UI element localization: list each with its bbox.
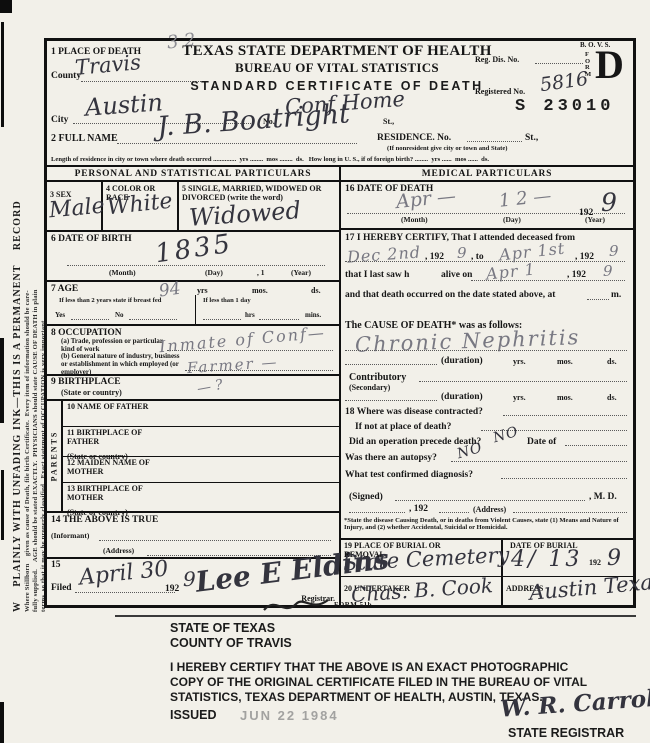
date-of-label: Date of: [527, 437, 556, 447]
blank-line: [81, 81, 201, 82]
full-name-label: 2 FULL NAME: [51, 133, 118, 144]
certificate-stamp-number: S 23010: [515, 97, 614, 116]
md-label: , M. D.: [589, 492, 617, 502]
color-race-field: 4 COLOR OR RACE White: [103, 182, 179, 230]
age-ds-label: ds.: [311, 286, 321, 295]
duration-yrs-label: yrs.: [513, 357, 526, 366]
duration-ds-label: ds.: [607, 393, 617, 402]
last-seen-year-handwriting: 9: [603, 264, 613, 279]
disease-questions-block: 18 Where was disease contracted? If not …: [341, 406, 633, 490]
form-word-vertical: FORM: [585, 52, 593, 78]
scan-edge-artifact: [0, 702, 4, 743]
month-label: (Month): [109, 269, 136, 277]
death-day-label: (Day): [503, 216, 521, 224]
filed-date-handwriting: April 30: [78, 558, 169, 589]
blank-line: [345, 261, 625, 262]
age-yrs-label: yrs: [197, 286, 208, 295]
scan-edge-artifact: [0, 0, 12, 13]
blank-line: [503, 415, 627, 416]
cause-of-death-handwriting: Chronic Nephritis: [355, 327, 581, 356]
blank-line: [129, 319, 177, 320]
title-block: TEXAS STATE DEPARTMENT OF HEALTH BUREAU …: [137, 43, 537, 93]
blank-line: [75, 592, 175, 593]
blank-line: [345, 364, 437, 365]
age-row: 7 AGE 94 yrs mos. ds. If less than 2 yea…: [47, 282, 339, 326]
blank-line: [501, 478, 627, 479]
date-of-death-row: 16 DATE OF DEATH Apr — 1 2 — 192 9 (Mont…: [341, 182, 633, 230]
date-of-burial-handwriting: 4/ 13: [511, 549, 582, 571]
occupation-b-label: (b) General nature of industry, business…: [61, 353, 185, 376]
registered-no-value: 5816: [539, 70, 590, 96]
mother-birthplace-label: 13 BIRTHPLACE OF MOTHER: [67, 484, 167, 502]
blank-line: [439, 512, 469, 513]
autopsy-question: Was there an autopsy?: [345, 453, 437, 463]
sex-color-marital-row: 3 SEX Male 4 COLOR OR RACE White 5 SINGL…: [47, 182, 339, 232]
blank-line: [451, 461, 627, 462]
comma-192: , 192: [567, 270, 586, 280]
city-value: Austin: [84, 90, 163, 119]
no-label: No: [115, 312, 124, 320]
left-margin-instructions: W PLAINLY WITH UNFADING INK—THIS IS A PE…: [12, 34, 47, 612]
scan-edge-artifact: [1, 22, 4, 127]
certify-statement-line: I HEREBY CERTIFY THAT THE ABOVE IS AN EX…: [170, 660, 587, 675]
parents-block: PARENTS 10 NAME OF FATHER 11 BIRTHPLACE …: [47, 401, 339, 513]
form-code: FORM 51b: [334, 602, 372, 610]
duration-mos-label: mos.: [557, 393, 573, 402]
county-of-travis-line: COUNTY OF TRAVIS: [170, 636, 292, 650]
margin-note-line: fully supplied. AGE should be stated EXA…: [32, 34, 39, 612]
contributory-label: Contributory: [349, 372, 406, 383]
issued-date-stamp: JUN 22 1984: [240, 708, 339, 723]
blank-line: [345, 400, 437, 401]
blank-line: [587, 299, 609, 300]
county-value: Travis: [74, 52, 142, 79]
undertaker-row: 20 UNDERTAKER Chas. B. Cook ADDRESS Aust…: [341, 577, 633, 605]
place-of-burial-field: 19 PLACE OF BURIAL OR REMOVAL State Ceme…: [341, 540, 503, 576]
yes-label: Yes: [55, 312, 65, 320]
occupation-row: 8 OCCUPATION (a) Trade, profession or pa…: [47, 326, 339, 376]
blank-line: [471, 280, 625, 281]
residence-label: RESIDENCE. No.: [377, 133, 451, 143]
blank-line: [117, 143, 357, 144]
residence-st-label: St.,: [525, 133, 538, 143]
duration-label: (duration): [441, 356, 483, 366]
where-contracted-question: 18 Where was disease contracted?: [345, 407, 483, 417]
attended-to-year-handwriting: 9: [609, 244, 619, 259]
breast-fed-note: If less than 2 years state if breast fed: [59, 297, 161, 304]
certificate-form: 1 PLACE OF DEATH 3 2 TEXAS STATE DEPARTM…: [44, 38, 636, 608]
contributory-block: Contributory (Secondary) (duration) yrs.…: [341, 370, 633, 406]
father-birthplace-row: 11 BIRTHPLACE OF FATHER (State or countr…: [63, 427, 339, 457]
date-of-burial-field: DATE OF BURIAL 4/ 13 192 9: [503, 540, 633, 576]
parents-vertical-label: PARENTS: [50, 431, 59, 482]
blank-line: [345, 350, 627, 351]
marital-status-field: 5 SINGLE, MARRIED, WIDOWED OR DIVORCED (…: [179, 182, 339, 230]
length-of-residence-note: Length of residence in city or town wher…: [51, 156, 633, 163]
city-label: City: [51, 115, 68, 125]
year-label: (Year): [291, 269, 311, 277]
comma-192: , 192: [409, 504, 428, 514]
blank-line: [347, 213, 625, 214]
blank-line: [99, 540, 331, 541]
state-registrar-title: STATE REGISTRAR: [508, 726, 624, 740]
physician-certify-block: 17 I HEREBY CERTIFY, That I attended dec…: [341, 230, 633, 318]
duration-yrs-label: yrs.: [513, 393, 526, 402]
state-of-texas-line: STATE OF TEXAS: [170, 621, 275, 635]
blank-line: [535, 63, 583, 64]
informant-address-label: (Address): [103, 547, 134, 555]
hrs-label: hrs: [245, 312, 255, 320]
form-body: PERSONAL AND STATISTICAL PARTICULARS 3 S…: [47, 167, 633, 605]
undertaker-address-field: ADDRESS Austin Texas: [503, 577, 633, 605]
attended-from-year-handwriting: 9: [457, 246, 467, 261]
certify-statement-line: COPY OF THE ORIGINAL CERTIFICATE FILED I…: [170, 675, 587, 690]
above-is-true-label: 14 THE ABOVE IS TRUE: [51, 515, 158, 525]
day-label: (Day): [205, 269, 223, 277]
reg-district-label: Reg. Dis. No.: [475, 55, 519, 64]
medical-particulars-column: MEDICAL PARTICULARS 16 DATE OF DEATH Apr…: [341, 167, 633, 605]
m-label: m.: [611, 290, 621, 300]
filed-year-print: 192: [165, 584, 179, 594]
divider-line: [195, 295, 196, 324]
marital-status-value-handwriting: Widowed: [188, 198, 301, 230]
street-suffix-label: St.,: [383, 117, 394, 126]
personal-particulars-column: PERSONAL AND STATISTICAL PARTICULARS 3 S…: [47, 167, 341, 605]
father-name-label: 10 NAME OF FATHER: [67, 402, 157, 411]
divider-line: [115, 615, 636, 617]
burial-block: 19 PLACE OF BURIAL OR REMOVAL State Ceme…: [341, 540, 633, 605]
blank-line: [513, 512, 627, 513]
test-confirmed-question: What test confirmed diagnosis?: [345, 470, 473, 480]
footnote-text: *State the disease Causing Death, or in …: [344, 517, 630, 532]
alive-on-label: alive on: [441, 270, 472, 280]
sex-field: 3 SEX Male: [47, 182, 103, 230]
mother-maiden-name-label: 12 MAIDEN NAME OF MOTHER: [67, 458, 167, 476]
sex-value-handwriting: Male: [48, 196, 105, 223]
blank-line: [419, 381, 627, 382]
informant-row: 14 THE ABOVE IS TRUE (Informant) (Addres…: [47, 513, 339, 559]
burial-row: 19 PLACE OF BURIAL OR REMOVAL State Ceme…: [341, 540, 633, 577]
undertaker-address-handwriting: Austin Texas: [528, 571, 650, 604]
parents-rows: 10 NAME OF FATHER 11 BIRTHPLACE OF FATHE…: [63, 401, 339, 511]
blank-line: [467, 141, 522, 142]
duration-label: (duration): [441, 392, 483, 402]
cause-footnote: *State the disease Causing Death, or in …: [341, 516, 633, 540]
age-label: 7 AGE: [51, 284, 78, 294]
blank-line: [71, 319, 109, 320]
item-15-label: 15: [51, 560, 61, 570]
death-month-handwriting: Apr —: [395, 187, 457, 212]
personal-section-title: PERSONAL AND STATISTICAL PARTICULARS: [47, 167, 339, 182]
attended-from-handwriting: Dec 2nd: [347, 244, 422, 265]
scan-edge-artifact: [0, 338, 4, 423]
blank-line: [203, 319, 241, 320]
scan-edge-artifact: [1, 470, 4, 540]
death-year-label: (Year): [585, 216, 605, 224]
burial-year-print: 192: [589, 558, 601, 567]
year-prefix: , 1: [257, 269, 265, 277]
informant-label: (Informant): [51, 532, 89, 540]
registered-no-label: Registered No.: [475, 87, 525, 96]
blank-line: [565, 445, 627, 446]
mins-label: mins.: [305, 312, 321, 320]
color-race-value-handwriting: White: [106, 191, 174, 220]
death-year-handwriting: 9: [601, 190, 617, 215]
blank-line: [167, 350, 333, 351]
death-occurred-line: and that death occurred on the date stat…: [345, 290, 555, 300]
birthplace-label: 9 BIRTHPLACE: [51, 377, 121, 387]
date-of-birth-label: 6 DATE OF BIRTH: [51, 234, 132, 244]
date-of-birth-row: 6 DATE OF BIRTH 1835 (Month) (Day) , 1 (…: [47, 232, 339, 282]
signed-block: (Signed) , M. D. , 192 (Address): [341, 490, 633, 516]
age-value-handwriting: 94: [158, 281, 182, 301]
margin-note-line: Where Stillborn given as cause of Death,…: [24, 34, 31, 612]
less-than-day-note: If less than 1 day: [203, 297, 251, 304]
full-name-value: J. B. Boatright: [156, 100, 350, 140]
occupation-b-value-handwriting: Farmer —: [187, 355, 279, 376]
blank-line: [67, 265, 325, 266]
nonresident-note: (If nonresident give city or town and St…: [387, 145, 507, 152]
blank-line: [185, 370, 333, 371]
place-of-burial-handwriting: State Cemetery: [343, 545, 510, 575]
blank-line: [395, 500, 585, 501]
blank-line: [259, 319, 299, 320]
father-birthplace-label: 11 BIRTHPLACE OF FATHER: [67, 428, 167, 446]
margin-bold-text: W PLAINLY WITH UNFADING INK—THIS IS A PE…: [12, 34, 23, 612]
duration-ds-label: ds.: [607, 357, 617, 366]
death-month-label: (Month): [401, 216, 428, 224]
age-mos-label: mos.: [252, 286, 268, 295]
form-letter-d: D: [595, 45, 624, 85]
signed-label: (Signed): [349, 492, 383, 502]
duration-mos-label: mos.: [557, 357, 573, 366]
if-not-place-question: If not at place of death?: [355, 422, 451, 432]
signed-address-label: (Address): [473, 505, 506, 514]
birthplace-value-handwriting: — ?: [196, 378, 224, 396]
signature-flourish: [262, 594, 332, 616]
father-name-row: 10 NAME OF FATHER: [63, 401, 339, 427]
issued-label: ISSUED: [170, 708, 217, 722]
operation-answer-handwriting: NO: [492, 425, 521, 446]
last-saw-prefix: that I last saw h: [345, 270, 409, 280]
parents-side-label: PARENTS: [47, 401, 63, 511]
date-of-birth-value-handwriting: 1835: [154, 231, 235, 268]
birthplace-row: 9 BIRTHPLACE (State or country) — ?: [47, 376, 339, 401]
filed-label: Filed: [51, 583, 72, 593]
form-header: 1 PLACE OF DEATH 3 2 TEXAS STATE DEPARTM…: [47, 41, 633, 167]
burial-year-handwriting: 9: [607, 548, 621, 570]
medical-section-title: MEDICAL PARTICULARS: [341, 167, 633, 182]
mother-name-row: 12 MAIDEN NAME OF MOTHER: [63, 457, 339, 483]
state-or-country-label: (State or country): [61, 388, 122, 397]
cause-of-death-block: The CAUSE OF DEATH* was as follows: Chro…: [341, 318, 633, 370]
death-day-handwriting: 1 2 —: [498, 187, 552, 210]
secondary-label: (Secondary): [349, 383, 390, 392]
blank-line: [349, 512, 405, 513]
